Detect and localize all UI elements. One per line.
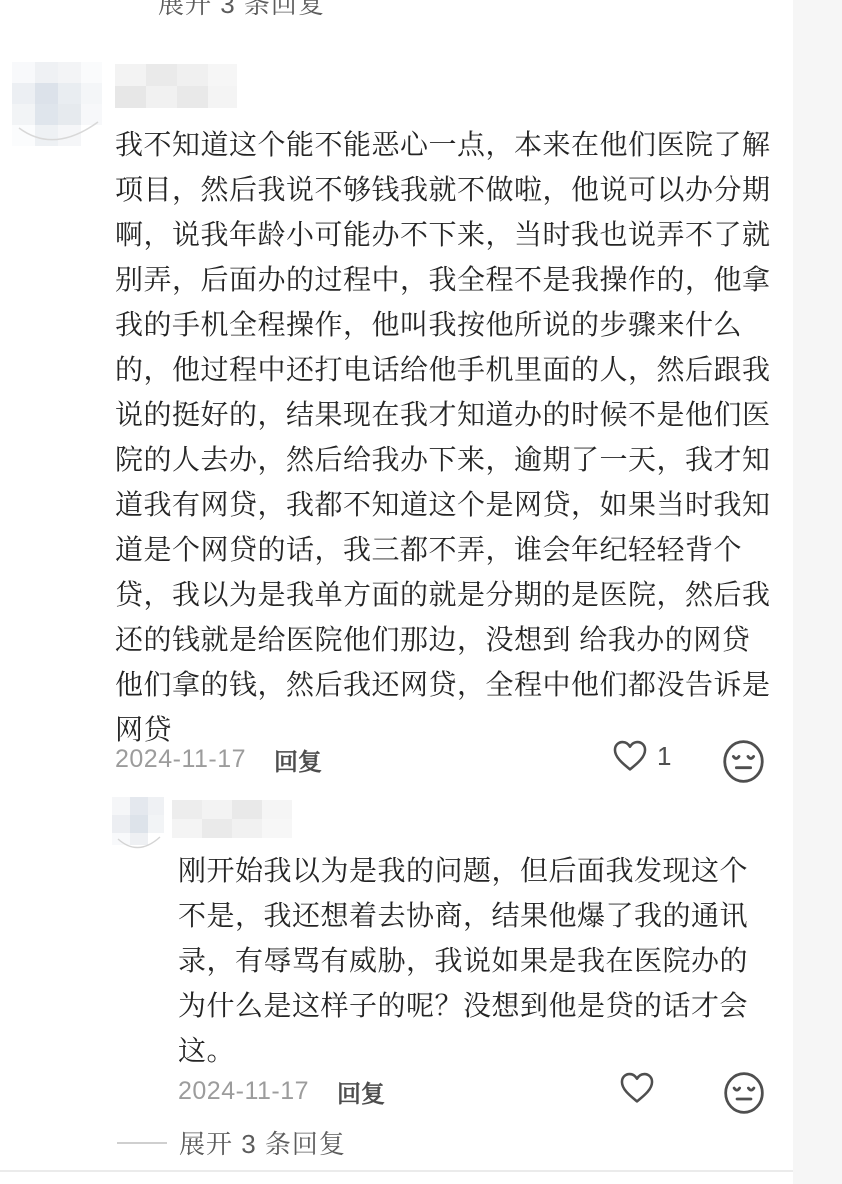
main-comment-meta: 2024-11-17 回复 xyxy=(115,736,322,782)
expand-replies-link[interactable]: 展开 3 条回复 xyxy=(0,1124,346,1161)
heart-icon xyxy=(611,737,649,775)
avatar[interactable] xyxy=(12,62,102,146)
heart-icon xyxy=(618,1069,656,1107)
main-comment-text: 我不知道这个能不能恶心一点，本来在他们医院了解 项目，然后我说不够钱我就不做啦，… xyxy=(115,122,800,752)
reply-avatar[interactable] xyxy=(112,797,164,853)
comment-thread-page: 展开 3 条回复 xyxy=(0,0,842,1184)
blurred-name-mosaic xyxy=(172,800,292,838)
right-gutter xyxy=(793,0,842,1184)
expressionless-face-icon xyxy=(722,1070,766,1116)
expand-replies-top-link[interactable]: 展开 3 条回复 xyxy=(158,0,325,21)
reply-comment-text: 刚开始我以为是我的问题，但后面我发现这个 不是，我还想着去协商，结果他爆了我的通… xyxy=(178,848,778,1073)
blurred-name-mosaic xyxy=(115,64,237,108)
comment-date: 2024-11-17 xyxy=(115,745,246,774)
like-button[interactable] xyxy=(618,1069,656,1107)
expand-replies-label: 展开 3 条回复 xyxy=(179,1124,346,1161)
reply-button[interactable]: 回复 xyxy=(337,1074,385,1109)
username-blurred[interactable] xyxy=(115,64,237,108)
blurred-avatar-mosaic xyxy=(112,797,164,853)
comment-date: 2024-11-17 xyxy=(178,1077,309,1106)
reply-comment-meta: 2024-11-17 回复 xyxy=(178,1068,385,1114)
reply-button[interactable]: 回复 xyxy=(274,742,322,777)
expand-dash-line xyxy=(117,1142,167,1144)
like-count: 1 xyxy=(657,741,671,772)
emoji-button[interactable] xyxy=(722,1070,766,1116)
blurred-avatar-mosaic xyxy=(12,62,102,146)
reply-username-blurred[interactable] xyxy=(172,800,292,838)
expressionless-face-icon xyxy=(721,738,766,785)
emoji-button[interactable] xyxy=(721,738,766,785)
like-button[interactable]: 1 xyxy=(611,737,671,775)
divider xyxy=(0,1170,793,1172)
